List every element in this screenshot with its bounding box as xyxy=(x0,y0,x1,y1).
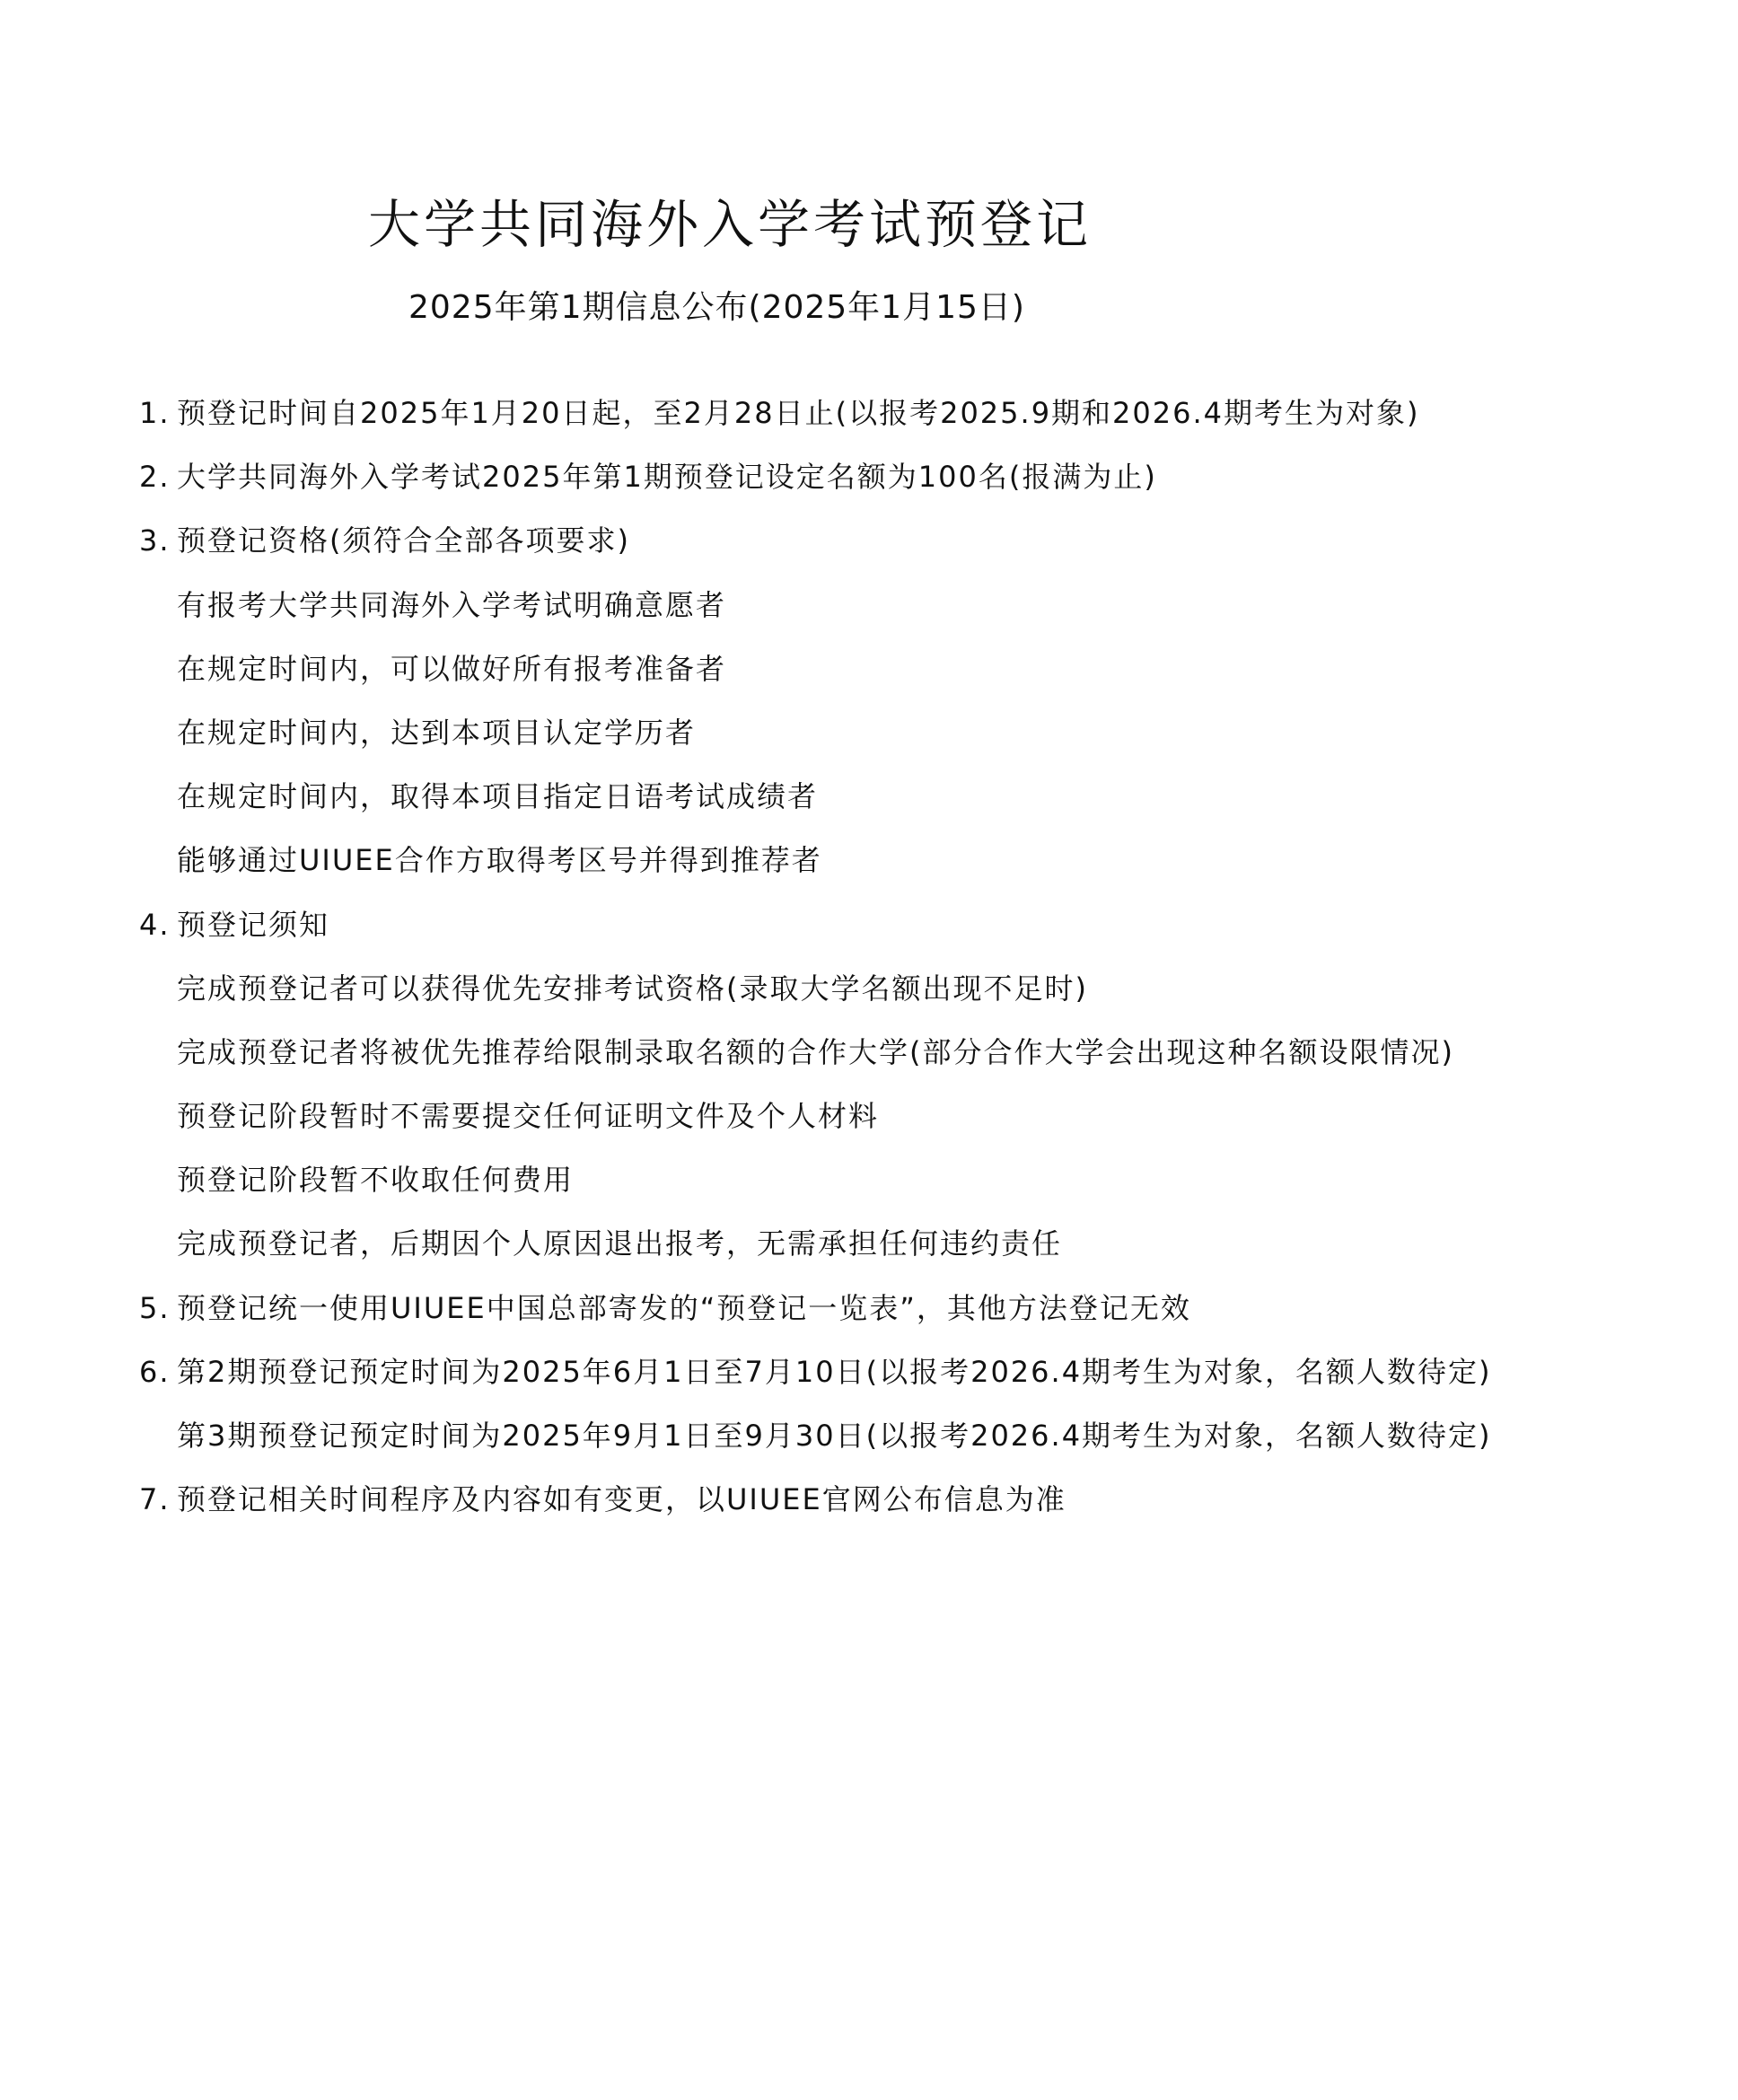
item-number: 2. xyxy=(139,455,177,519)
document-subtitle: 2025年第1期信息公布(2025年1月15日) xyxy=(408,286,1025,330)
item-text: 预登记资格(须符合全部各项要求) xyxy=(177,519,630,583)
sub-item-text: 能够通过UIUEE合作方取得考区号并得到推荐者 xyxy=(177,839,822,902)
notice-item-5: 5. 预登记统一使用UIUEE中国总部寄发的“预登记一览表”，其他方法登记无效 xyxy=(139,1287,1710,1350)
notice-line: 完成预登记者，后期因个人原因退出报考，无需承担任何违约责任 xyxy=(139,1222,1710,1286)
document-title: 大学共同海外入学考试预登记 xyxy=(368,189,1092,260)
qualification-line: 能够通过UIUEE合作方取得考区号并得到推荐者 xyxy=(139,839,1710,902)
sub-item-text: 完成预登记者可以获得优先安排考试资格(录取大学名额出现不足时) xyxy=(177,967,1088,1031)
sub-item-text: 第3期预登记预定时间为2025年9月1日至9月30日(以报考2026.4期考生为… xyxy=(177,1414,1492,1478)
notice-item-7: 7. 预登记相关时间程序及内容如有变更，以UIUEE官网公布信息为准 xyxy=(139,1478,1710,1542)
item-number: 3. xyxy=(139,519,177,583)
notice-item-2: 2. 大学共同海外入学考试2025年第1期预登记设定名额为100名(报满为止) xyxy=(139,455,1710,519)
qualification-line: 在规定时间内，达到本项目认定学历者 xyxy=(139,711,1710,775)
notice-line: 完成预登记者将被优先推荐给限制录取名额的合作大学(部分合作大学会出现这种名额设限… xyxy=(139,1031,1710,1094)
sub-item-text: 有报考大学共同海外入学考试明确意愿者 xyxy=(177,584,726,647)
qualification-line: 有报考大学共同海外入学考试明确意愿者 xyxy=(139,584,1710,647)
notice-item-6: 6. 第2期预登记预定时间为2025年6月1日至7月10日(以报考2026.4期… xyxy=(139,1350,1710,1414)
sub-item-text: 在规定时间内，取得本项目指定日语考试成绩者 xyxy=(177,775,818,839)
document-page: 大学共同海外入学考试预登记 2025年第1期信息公布(2025年1月15日) 1… xyxy=(0,0,1738,2100)
notice-line: 完成预登记者可以获得优先安排考试资格(录取大学名额出现不足时) xyxy=(139,967,1710,1031)
schedule-line: 第3期预登记预定时间为2025年9月1日至9月30日(以报考2026.4期考生为… xyxy=(139,1414,1710,1478)
item-number: 1. xyxy=(139,391,177,455)
notice-item-4: 4. 预登记须知 xyxy=(139,903,1710,967)
item-number: 5. xyxy=(139,1287,177,1350)
item-text: 预登记时间自2025年1月20日起，至2月28日止(以报考2025.9期和202… xyxy=(177,391,1420,455)
item-text: 大学共同海外入学考试2025年第1期预登记设定名额为100名(报满为止) xyxy=(177,455,1157,519)
item-number: 4. xyxy=(139,903,177,967)
item-text: 预登记须知 xyxy=(177,903,329,967)
item-number: 6. xyxy=(139,1350,177,1414)
item-text: 预登记统一使用UIUEE中国总部寄发的“预登记一览表”，其他方法登记无效 xyxy=(177,1287,1191,1350)
notice-item-1: 1. 预登记时间自2025年1月20日起，至2月28日止(以报考2025.9期和… xyxy=(139,391,1710,455)
item-number: 7. xyxy=(139,1478,177,1542)
notice-line: 预登记阶段暂时不需要提交任何证明文件及个人材料 xyxy=(139,1094,1710,1158)
sub-item-text: 在规定时间内，可以做好所有报考准备者 xyxy=(177,647,726,711)
sub-item-text: 在规定时间内，达到本项目认定学历者 xyxy=(177,711,696,775)
notice-line: 预登记阶段暂不收取任何费用 xyxy=(139,1158,1710,1222)
qualification-line: 在规定时间内，可以做好所有报考准备者 xyxy=(139,647,1710,711)
notice-list: 1. 预登记时间自2025年1月20日起，至2月28日止(以报考2025.9期和… xyxy=(139,391,1710,1542)
sub-item-text: 完成预登记者将被优先推荐给限制录取名额的合作大学(部分合作大学会出现这种名额设限… xyxy=(177,1031,1454,1094)
sub-item-text: 完成预登记者，后期因个人原因退出报考，无需承担任何违约责任 xyxy=(177,1222,1062,1286)
qualification-line: 在规定时间内，取得本项目指定日语考试成绩者 xyxy=(139,775,1710,839)
item-text: 预登记相关时间程序及内容如有变更，以UIUEE官网公布信息为准 xyxy=(177,1478,1066,1542)
item-text: 第2期预登记预定时间为2025年6月1日至7月10日(以报考2026.4期考生为… xyxy=(177,1350,1492,1414)
notice-item-3: 3. 预登记资格(须符合全部各项要求) xyxy=(139,519,1710,583)
sub-item-text: 预登记阶段暂时不需要提交任何证明文件及个人材料 xyxy=(177,1094,879,1158)
sub-item-text: 预登记阶段暂不收取任何费用 xyxy=(177,1158,574,1222)
